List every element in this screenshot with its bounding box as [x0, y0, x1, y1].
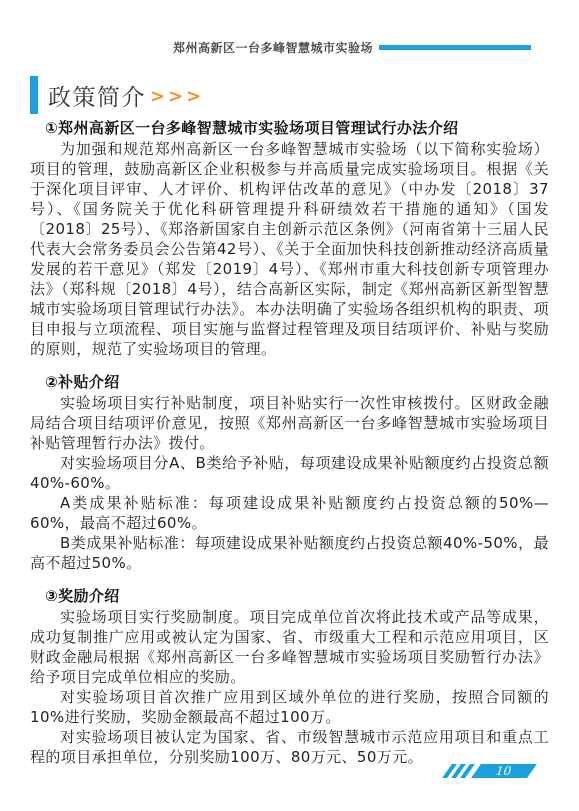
- section-banner: 政策简介 >>>: [30, 76, 204, 114]
- policy-content: ①郑州高新区一台多峰智慧城市实验场项目管理试行办法介绍 为加强和规范郑州高新区一…: [30, 117, 549, 767]
- running-header: 郑州高新区一台多峰智慧城市实验场: [0, 39, 531, 56]
- section-heading-2: ②补贴介绍: [30, 371, 549, 393]
- chevron-arrows-icon: >>>: [150, 83, 204, 107]
- paragraph: 对实验场项目被认定为国家、省、市级智慧城市示范应用项目和重点工程的项目承担单位，…: [30, 727, 549, 767]
- paragraph: 为加强和规范郑州高新区一台多峰智慧城市实验场（以下简称实验场）项目的管理，鼓励高…: [30, 139, 549, 359]
- page-number: 10: [496, 765, 513, 777]
- page-number-badge: 10: [471, 764, 537, 778]
- running-header-title: 郑州高新区一台多峰智慧城市实验场: [173, 39, 373, 56]
- accent-bar: [30, 76, 38, 114]
- header-rule-divider: [379, 45, 531, 50]
- paragraph: 对实验场项目首次推广应用到区域外单位的进行奖励，按照合同额的10%进行奖励，奖励…: [30, 687, 549, 727]
- page-number-footer: 10: [447, 764, 532, 778]
- paragraph: 实验场项目实行补贴制度，项目补贴实行一次性审核拨付。区财政金融局结合项目结项评价…: [30, 393, 549, 453]
- paragraph: 实验场项目实行奖励制度。项目完成单位首次将此技术或产品等成果，成功复制推广应用或…: [30, 607, 549, 687]
- document-page: 郑州高新区一台多峰智慧城市实验场 政策简介 >>> ①郑州高新区一台多峰智慧城市…: [0, 0, 579, 811]
- paragraph: A类成果补贴标准：每项建设成果补贴额度约占投资总额的50%—60%，最高不超过6…: [30, 493, 549, 533]
- page-title: 政策简介: [48, 79, 146, 112]
- section-heading-3: ③奖励介绍: [30, 585, 549, 607]
- paragraph: 对实验场项目分A、B类给予补贴，每项建设成果补贴额度约占投资总额40%-60%。: [30, 453, 549, 493]
- section-heading-1: ①郑州高新区一台多峰智慧城市实验场项目管理试行办法介绍: [30, 117, 549, 139]
- paragraph: B类成果补贴标准：每项建设成果补贴额度约占投资总额40%-50%，最高不超过50…: [30, 533, 549, 573]
